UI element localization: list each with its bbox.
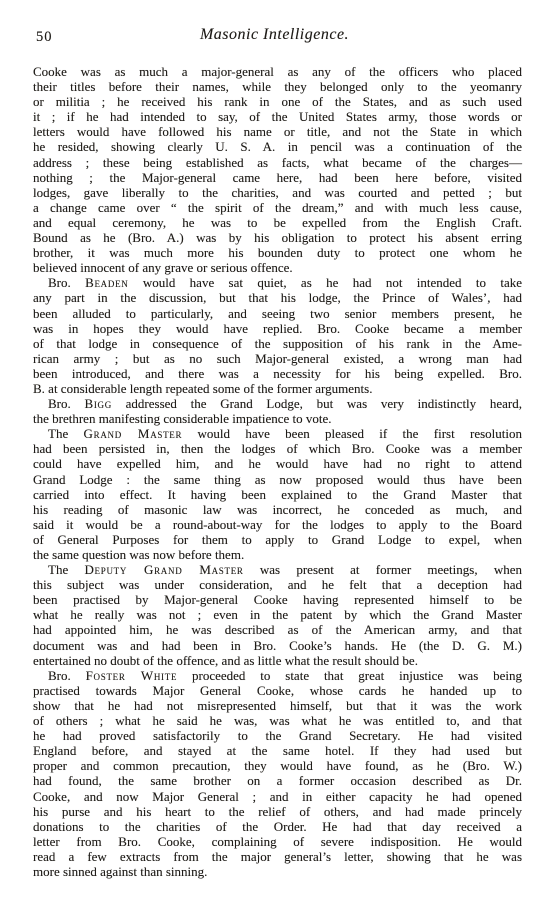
text-line: he resided, showing clearly U. S. A. in … — [33, 139, 522, 154]
text-line: said it would be a round-about-way for t… — [33, 517, 522, 532]
text-line: their titles before their names, while t… — [33, 79, 522, 94]
text-line: could have expelled him, and he would ha… — [33, 456, 522, 471]
text-line: of that lodge in consequence of the supp… — [33, 336, 522, 351]
page-body: Cooke was as much a major-general as any… — [33, 64, 522, 879]
text-line: been alluded to particularly, and seeing… — [33, 306, 522, 321]
text-line: B. at considerable length repeated some … — [33, 381, 522, 396]
text-line: this subject was under consideration, an… — [33, 577, 522, 592]
text-line: practised towards Major General Cooke, w… — [33, 683, 522, 698]
text-line: Cooke, and now Major General ; and in ei… — [33, 789, 522, 804]
text-line: The Deputy Grand Master was present at f… — [33, 562, 522, 577]
paragraph: Bro. Foster White proceeded to state tha… — [33, 668, 522, 879]
smallcaps-name: Beaden — [85, 275, 128, 290]
paragraph: Bro. Bigg addressed the Grand Lodge, but… — [33, 396, 522, 426]
text-line: what he really was not ; even in the pat… — [33, 607, 522, 622]
text-line: any part in the discussion, but that his… — [33, 290, 522, 305]
text-line: The Grand Master would have been pleased… — [33, 426, 522, 441]
text-line: lodges, gave liberally to the charities,… — [33, 185, 522, 200]
page-number: 50 — [36, 29, 53, 46]
text-line: rican army ; but as no such Major-genera… — [33, 351, 522, 366]
text-line: brother, it was much more his bounden du… — [33, 245, 522, 260]
text-line: had appointed him, he was described as o… — [33, 622, 522, 637]
text-line: or militia ; he received his rank in one… — [33, 94, 522, 109]
text-line: Bro. Foster White proceeded to state tha… — [33, 668, 522, 683]
smallcaps-name: Foster White — [86, 668, 178, 683]
text-line: the same question was now before them. — [33, 547, 522, 562]
text-line: his reading of masonic law was incorrect… — [33, 502, 522, 517]
text-line: nothing ; the Major-general came here, h… — [33, 170, 522, 185]
smallcaps-name: Deputy Grand Master — [84, 562, 243, 577]
text-line: of General Purposes for them to apply to… — [33, 532, 522, 547]
text-line: proper and common precaution, they would… — [33, 758, 522, 773]
text-line: address ; these being established as fac… — [33, 155, 522, 170]
text-line: letter from Bro. Cooke, complaining of s… — [33, 834, 522, 849]
text-line: was in hopes they would have replied. Br… — [33, 321, 522, 336]
text-line: more sinned against than sinning. — [33, 864, 522, 879]
text-line: he had proved satisfactorily to the Gran… — [33, 728, 522, 743]
text-line: and equal ceremony, he was to be expelle… — [33, 215, 522, 230]
text-line: document was and had been in Bro. Cooke’… — [33, 638, 522, 653]
page-header: 50 Masonic Intelligence. — [0, 26, 549, 50]
text-line: had been persisted in, then the lodges o… — [33, 441, 522, 456]
paragraph: Cooke was as much a major-general as any… — [33, 64, 522, 275]
text-line: had found, the same brother on a former … — [33, 773, 522, 788]
text-line: Cooke was as much a major-general as any… — [33, 64, 522, 79]
text-line: a change came over “ the spirit of the d… — [33, 200, 522, 215]
text-line: been practised by Major-general Cooke ha… — [33, 592, 522, 607]
scanned-page: 50 Masonic Intelligence. Cooke was as mu… — [0, 0, 549, 921]
text-line: letters would have followed his name or … — [33, 124, 522, 139]
smallcaps-name: Grand Master — [84, 426, 183, 441]
smallcaps-name: Bigg — [84, 396, 111, 411]
text-line: his purse and his heart to the relief of… — [33, 804, 522, 819]
text-line: Bound as he (Bro. A.) was by his obligat… — [33, 230, 522, 245]
text-line: Grand Lodge : the same thing as now prop… — [33, 472, 522, 487]
text-line: England before, and stayed at the same h… — [33, 743, 522, 758]
text-line: donations to the charities of the Order.… — [33, 819, 522, 834]
text-line: carried into effect. It having been expl… — [33, 487, 522, 502]
text-line: entertained no doubt of the offence, and… — [33, 653, 522, 668]
paragraph: The Grand Master would have been pleased… — [33, 426, 522, 562]
text-line: Bro. Bigg addressed the Grand Lodge, but… — [33, 396, 522, 411]
running-title: Masonic Intelligence. — [0, 26, 549, 44]
text-line: Bro. Beaden would have sat quiet, as he … — [33, 275, 522, 290]
text-line: been introduced, and there was a necessi… — [33, 366, 522, 381]
paragraph: The Deputy Grand Master was present at f… — [33, 562, 522, 668]
text-line: of others ; what he said he was, was wha… — [33, 713, 522, 728]
text-line: the brethren manifesting considerable im… — [33, 411, 522, 426]
text-line: read a few extracts from the major gener… — [33, 849, 522, 864]
text-line: show that he had not misrepresented hims… — [33, 698, 522, 713]
paragraph: Bro. Beaden would have sat quiet, as he … — [33, 275, 522, 396]
text-line: believed innocent of any grave or seriou… — [33, 260, 522, 275]
text-line: it ; if he had intended to say, of the U… — [33, 109, 522, 124]
